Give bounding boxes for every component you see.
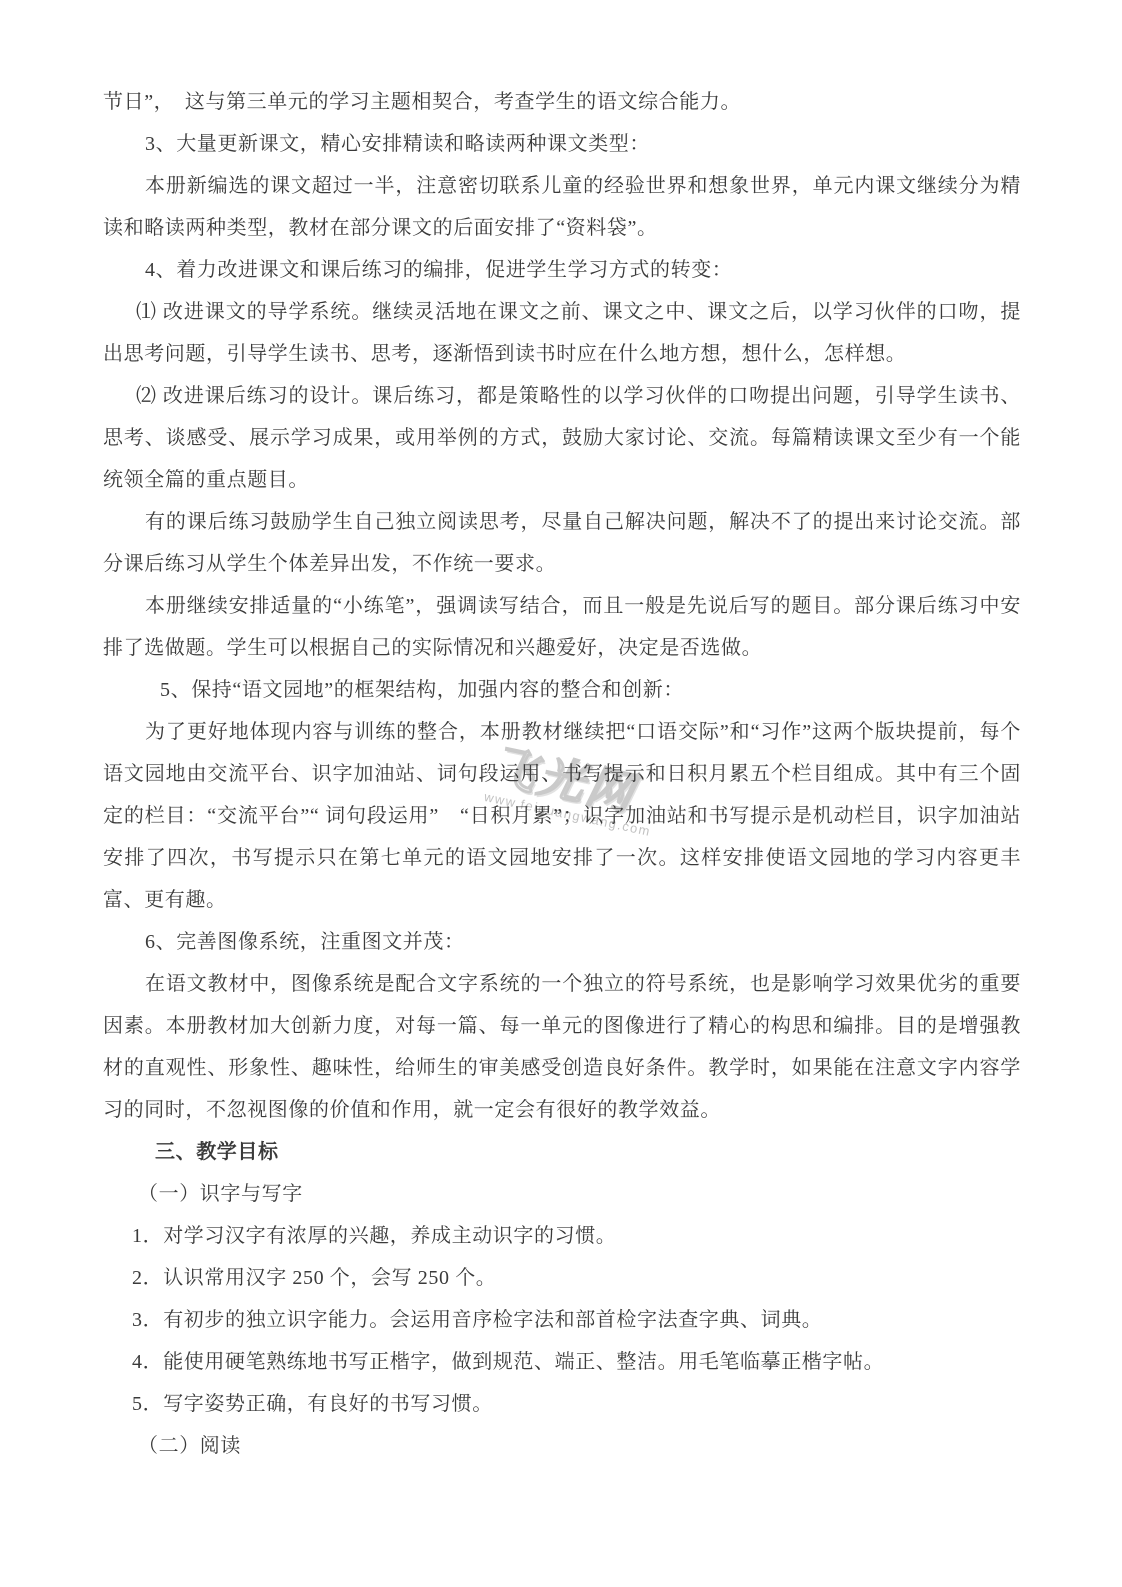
- paragraph: 本册继续安排适量的“小练笔”，强调读写结合，而且一般是先说后写的题目。部分课后练…: [103, 585, 1021, 669]
- paragraph: 2．认识常用汉字 250 个，会写 250 个。: [103, 1257, 1021, 1299]
- section-heading: 三、教学目标: [103, 1131, 1021, 1173]
- paragraph: 6、完善图像系统，注重图文并茂：: [103, 921, 1021, 963]
- document-body: 节日”， 这与第三单元的学习主题相契合，考查学生的语文综合能力。3、大量更新课文…: [103, 81, 1021, 1467]
- paragraph: 4．能使用硬笔熟练地书写正楷字，做到规范、端正、整洁。用毛笔临摹正楷字帖。: [103, 1341, 1021, 1383]
- section-heading: （一）识字与写字: [103, 1173, 1021, 1215]
- paragraph: 有的课后练习鼓励学生自己独立阅读思考，尽量自己解决问题，解决不了的提出来讨论交流…: [103, 501, 1021, 585]
- paragraph: 3．有初步的独立识字能力。会运用音序检字法和部首检字法查字典、词典。: [103, 1299, 1021, 1341]
- document-page: 飞光网 www.feiguangwang.com 节日”， 这与第三单元的学习主…: [0, 0, 1122, 1587]
- paragraph: 3、大量更新课文，精心安排精读和略读两种课文类型：: [103, 123, 1021, 165]
- section-heading: （二）阅读: [103, 1425, 1021, 1467]
- paragraph: 节日”， 这与第三单元的学习主题相契合，考查学生的语文综合能力。: [103, 81, 1021, 123]
- paragraph: 4、着力改进课文和课后练习的编排，促进学生学习方式的转变：: [103, 249, 1021, 291]
- paragraph: ⑵ 改进课后练习的设计。课后练习，都是策略性的以学习伙伴的口吻提出问题，引导学生…: [103, 375, 1021, 501]
- paragraph: 1．对学习汉字有浓厚的兴趣，养成主动识字的习惯。: [103, 1215, 1021, 1257]
- paragraph: 5．写字姿势正确，有良好的书写习惯。: [103, 1383, 1021, 1425]
- paragraph: 5、保持“语文园地”的框架结构，加强内容的整合和创新：: [103, 669, 1021, 711]
- paragraph: 为了更好地体现内容与训练的整合，本册教材继续把“口语交际”和“习作”这两个版块提…: [103, 711, 1021, 921]
- paragraph: 在语文教材中，图像系统是配合文字系统的一个独立的符号系统，也是影响学习效果优劣的…: [103, 963, 1021, 1131]
- paragraph: 本册新编选的课文超过一半，注意密切联系儿童的经验世界和想象世界，单元内课文继续分…: [103, 165, 1021, 249]
- paragraph: ⑴ 改进课文的导学系统。继续灵活地在课文之前、课文之中、课文之后，以学习伙伴的口…: [103, 291, 1021, 375]
